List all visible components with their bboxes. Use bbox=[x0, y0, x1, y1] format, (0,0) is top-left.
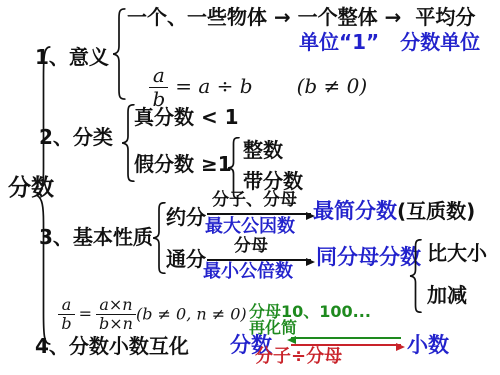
simplest-fraction-label: 最简分数 bbox=[313, 199, 397, 223]
fraction-a-over-b: ab bbox=[58, 296, 74, 334]
decimal-to-fraction-arrow bbox=[291, 337, 401, 339]
fraction-concept-diagram: 分数 1、意义 一个、一些物体 → 一个整体 → 平均分 单位“1” 分数单位 … bbox=[0, 0, 500, 375]
same-denominator-label: 同分母分数 bbox=[316, 246, 421, 269]
add-subtract-label: 加减 bbox=[427, 284, 467, 306]
fraction-an-over-bn: a×nb×n bbox=[96, 296, 136, 334]
reduce-arrow bbox=[207, 213, 311, 215]
arrow-right-icon bbox=[306, 258, 315, 266]
compare-size-label: 比大小 bbox=[427, 242, 487, 264]
section2-brace bbox=[121, 104, 135, 182]
decimal-node-label: 小数 bbox=[407, 334, 449, 357]
gcd-label: 最大公因数 bbox=[205, 217, 295, 237]
meaning-flow-line: 一个、一些物体 → 一个整体 → 平均分 bbox=[127, 6, 475, 28]
denominator-above-label: 分母 bbox=[234, 237, 268, 256]
reduce-label: 约分 bbox=[166, 206, 206, 228]
coprime-note: (互质数) bbox=[397, 199, 475, 223]
formula-rhs: = a ÷ b bbox=[175, 74, 252, 98]
formula-condition: (b ≠ 0, n ≠ 0) bbox=[136, 304, 247, 323]
integer-label: 整数 bbox=[243, 139, 283, 161]
fraction-a-over-b: ab bbox=[149, 64, 168, 111]
reduce-above-label: 分子、分母 bbox=[212, 191, 297, 210]
common-denominator-label: 通分 bbox=[166, 248, 206, 270]
simplify-again-label: 再化简 bbox=[249, 319, 297, 337]
mixed-number-label: 带分数 bbox=[243, 170, 303, 192]
arrow-left-icon bbox=[287, 336, 296, 344]
section1-label: 1、意义 bbox=[35, 46, 109, 68]
section4-label: 4、分数小数互化 bbox=[35, 335, 189, 357]
section2-label: 2、分类 bbox=[39, 126, 113, 148]
same-denominator-brace bbox=[409, 239, 422, 313]
numerator-divide-denominator-label: 分子÷分母 bbox=[255, 347, 342, 367]
proper-fraction-label: 真分数 < 1 bbox=[134, 106, 239, 128]
section3-label: 3、基本性质 bbox=[39, 226, 153, 248]
section3-brace bbox=[152, 202, 166, 274]
improper-fraction-label: 假分数 ≥1 bbox=[134, 153, 232, 175]
arrow-right-icon bbox=[396, 343, 405, 351]
root-label: 分数 bbox=[8, 176, 36, 202]
equals-sign: = bbox=[79, 304, 92, 323]
formula-condition: (b ≠ 0) bbox=[297, 74, 368, 98]
simplest-fraction-result: 最简分数(互质数) bbox=[313, 200, 475, 223]
